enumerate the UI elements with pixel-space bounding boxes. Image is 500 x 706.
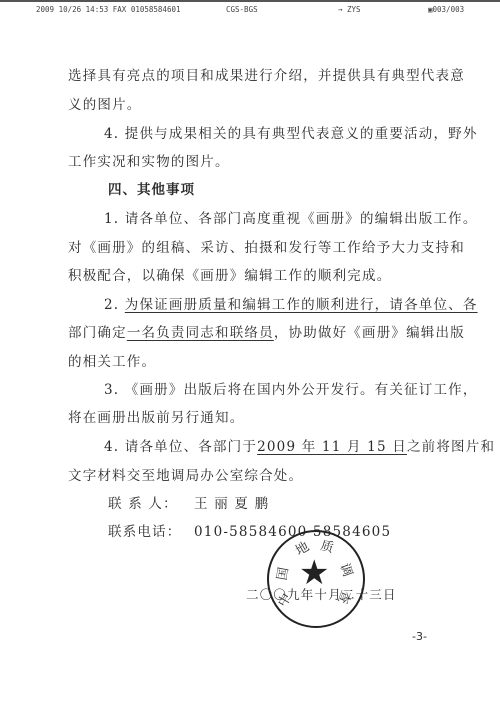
- item4-line1: 4. 提供与成果相关的具有典型代表意义的重要活动，野外: [104, 122, 478, 142]
- para1-line2: 义的图片。: [68, 93, 142, 113]
- section-heading: 四、其他事项: [108, 178, 195, 198]
- page-number: -3-: [412, 630, 427, 643]
- other4-line1: 4. 请各单位、各部门于2009 年 11 月 15 日之前将图片和: [104, 435, 495, 455]
- contact-person-value: 王 丽 夏 鹏: [194, 496, 269, 512]
- item4-line2: 工作实况和实物的图片。: [68, 150, 230, 170]
- fax-page-count-text: 003/003: [433, 5, 465, 14]
- fax-page-count: ▣003/003: [428, 5, 464, 14]
- other2-prefix: 2.: [104, 297, 125, 313]
- contact-person-label: 联 系 人：: [108, 492, 194, 512]
- fax-header: 2009 10/26 14:53 FAX 01058584601 CGS-BGS…: [0, 3, 500, 17]
- other4-deadline: 2009 年 11 月 15 日: [257, 439, 407, 455]
- other4-line2: 文字材料交至地调局办公室综合处。: [68, 464, 303, 484]
- signature-date: 二〇〇九年十月二十三日: [246, 585, 397, 603]
- official-seal: ★ 中 国 地 质 调 查: [267, 530, 365, 628]
- fax-recipient: → ZYS: [338, 5, 361, 14]
- other1-line3: 积极配合，以确保《画册》编辑工作的顺利完成。: [68, 264, 391, 284]
- other2-line2: 部门确定一名负责同志和联络员，协助做好《画册》编辑出版: [68, 321, 465, 341]
- contact-phone-label: 联系电话：: [108, 520, 194, 540]
- other2-line2-pre: 部门确定: [68, 325, 127, 341]
- other2-line1: 2. 为保证画册质量和编辑工作的顺利进行，请各单位、各: [104, 293, 478, 313]
- other2-underlined-text: 为保证画册质量和编辑工作的顺利进行，请各单位、各: [125, 297, 478, 313]
- other4-pre: 4. 请各单位、各部门于: [104, 439, 257, 455]
- other1-line2: 对《画册》的组稿、采访、拍摄和发行等工作给予大力支持和: [68, 236, 465, 256]
- seal-char: 质: [319, 535, 336, 557]
- para1-line1: 选择具有亮点的项目和成果进行介绍，并提供具有典型代表意: [68, 64, 465, 84]
- seal-char: 调: [336, 560, 358, 579]
- fax-top-border: [0, 0, 500, 2]
- contact-person-row: 联 系 人：王 丽 夏 鹏: [108, 492, 269, 512]
- seal-char: 国: [271, 565, 292, 581]
- other1-line1: 1. 请各单位、各部门高度重视《画册》的编辑出版工作。: [104, 207, 478, 227]
- other2-line3: 的相关工作。: [68, 350, 156, 370]
- other2-line2-underlined: 一名负责同志和联络员: [127, 325, 274, 341]
- other3-line2: 将在画册出版前另行通知。: [68, 406, 244, 426]
- fax-sender: CGS-BGS: [226, 5, 258, 14]
- other2-line2-post: ，协助做好《画册》编辑出版: [274, 325, 465, 341]
- fax-datetime: 2009 10/26 14:53 FAX 01058584601: [36, 5, 181, 14]
- other3-line1: 3. 《画册》出版后将在国内外公开发行。有关征订工作，: [104, 378, 478, 398]
- other4-post: 之前将图片和: [407, 439, 495, 455]
- contact-phone-row: 联系电话：010-58584600 58584605: [108, 520, 391, 540]
